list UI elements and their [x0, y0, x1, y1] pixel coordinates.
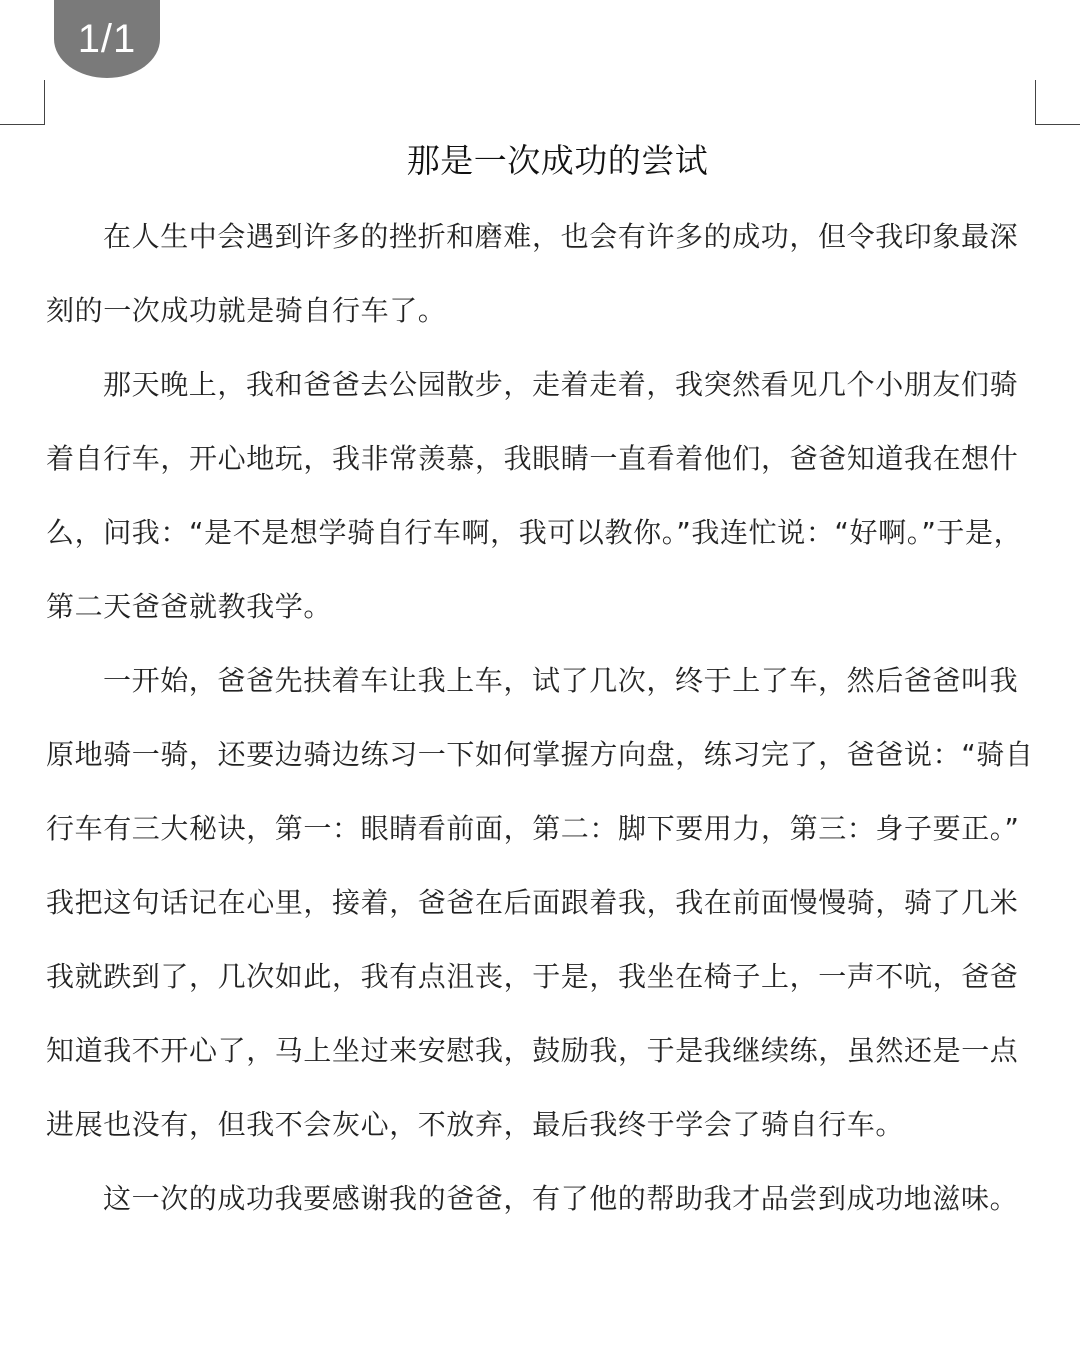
body-line: 那天晚上，我和爸爸去公园散步，走着走着，我突然看见几个小朋友们骑: [46, 363, 1030, 437]
body-line: 在人生中会遇到许多的挫折和磨难，也会有许多的成功，但令我印象最深: [46, 215, 1030, 289]
body-line: 第二天爸爸就教我学。: [46, 585, 1030, 659]
body-line: 我把这句话记在心里，接着，爸爸在后面跟着我，我在前面慢慢骑，骑了几米: [46, 881, 1030, 955]
page-indicator: 1/1: [54, 0, 160, 78]
body-line: 我就跌到了，几次如此，我有点沮丧，于是，我坐在椅子上，一声不吭，爸爸: [46, 955, 1030, 1029]
page-corner-mark-top-left: [0, 80, 45, 125]
body-line: 原地骑一骑，还要边骑边练习一下如何掌握方向盘，练习完了，爸爸说：“骑自: [46, 733, 1030, 807]
body-line: 这一次的成功我要感谢我的爸爸，有了他的帮助我才品尝到成功地滋味。: [46, 1177, 1030, 1251]
body-line: 么，问我：“是不是想学骑自行车啊，我可以教你。”我连忙说：“好啊。”于是，: [46, 511, 1030, 585]
body-line: 行车有三大秘诀，第一：眼睛看前面，第二：脚下要用力，第三：身子要正。”: [46, 807, 1030, 881]
document-body: 在人生中会遇到许多的挫折和磨难，也会有许多的成功，但令我印象最深 刻的一次成功就…: [46, 215, 1030, 1251]
body-line: 知道我不开心了，马上坐过来安慰我，鼓励我，于是我继续练，虽然还是一点: [46, 1029, 1030, 1103]
body-line: 一开始，爸爸先扶着车让我上车，试了几次，终于上了车，然后爸爸叫我: [46, 659, 1030, 733]
page-corner-mark-top-right: [1035, 80, 1080, 125]
body-line: 着自行车，开心地玩，我非常羡慕，我眼睛一直看着他们，爸爸知道我在想什: [46, 437, 1030, 511]
body-line: 进展也没有，但我不会灰心，不放弃，最后我终于学会了骑自行车。: [46, 1103, 1030, 1177]
document-title: 那是一次成功的尝试: [0, 138, 1080, 184]
body-line: 刻的一次成功就是骑自行车了。: [46, 289, 1030, 363]
